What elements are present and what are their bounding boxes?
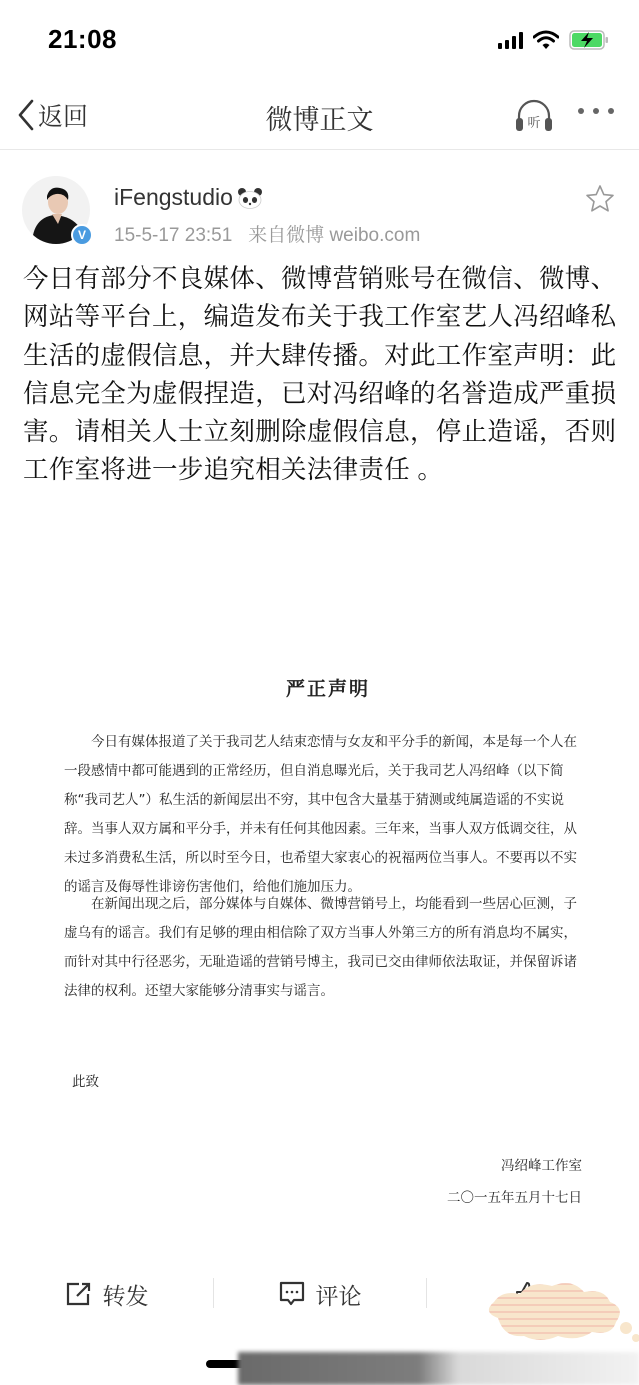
listen-button[interactable]: 听: [514, 96, 554, 136]
statement-closing: 此致: [72, 1070, 99, 1090]
comment-icon: [278, 1280, 306, 1308]
panda-icon: [237, 187, 263, 209]
statement-paragraph: 今日有媒体报道了关于我司艺人结束恋情与女友和平分手的新闻，本是每一个人在一段感情…: [64, 728, 589, 902]
post-header: V iFengstudio 15-5-17 23:51 来自微博 weibo.c…: [0, 172, 639, 252]
wifi-icon: [533, 30, 559, 50]
signal-icon: [498, 31, 523, 49]
repost-button[interactable]: 转发: [0, 1266, 213, 1322]
statement-paragraph: 在新闻出现之后，部分媒体与自媒体、微博营销号上，均能看到一些居心叵测，子虚乌有的…: [64, 890, 589, 1006]
cloud-sticker-overlay: [480, 1278, 639, 1344]
status-time: 21:08: [48, 24, 117, 55]
repost-icon: [65, 1281, 93, 1307]
more-button[interactable]: [578, 108, 614, 114]
blur-overlay: [238, 1352, 639, 1385]
star-icon: [585, 184, 615, 214]
post-body-text: 今日有部分不良媒体、微博营销账号在微信、微博、网站等平台上，编造发布关于我工作室…: [23, 260, 623, 490]
username[interactable]: iFengstudio: [114, 184, 263, 211]
statement-signer: 冯绍峰工作室: [501, 1154, 582, 1174]
statement-title: 严正声明: [58, 674, 598, 701]
post-meta: 15-5-17 23:51 来自微博 weibo.com: [114, 220, 420, 247]
statement-image[interactable]: 严正声明 今日有媒体报道了关于我司艺人结束恋情与女友和平分手的新闻，本是每一个人…: [58, 670, 598, 1220]
comment-button[interactable]: 评论: [213, 1266, 426, 1322]
status-bar: 21:08: [0, 0, 639, 80]
more-dot: [608, 108, 614, 114]
username-text: iFengstudio: [114, 184, 233, 211]
verified-badge: V: [71, 224, 93, 246]
status-icons: [498, 30, 609, 50]
more-dot: [578, 108, 584, 114]
repost-label: 转发: [103, 1278, 149, 1311]
post-timestamp: 15-5-17 23:51: [114, 225, 232, 246]
svg-text:听: 听: [527, 116, 540, 131]
listen-headphones-icon: 听: [514, 96, 554, 136]
battery-charging-icon: [569, 30, 609, 50]
post-source: 来自微博 weibo.com: [248, 225, 420, 246]
statement-date: 二〇一五年五月十七日: [447, 1186, 582, 1206]
more-dot: [593, 108, 599, 114]
nav-bar: 返回 微博正文 听: [0, 80, 639, 150]
comment-label: 评论: [316, 1278, 362, 1311]
favorite-button[interactable]: [585, 184, 615, 214]
